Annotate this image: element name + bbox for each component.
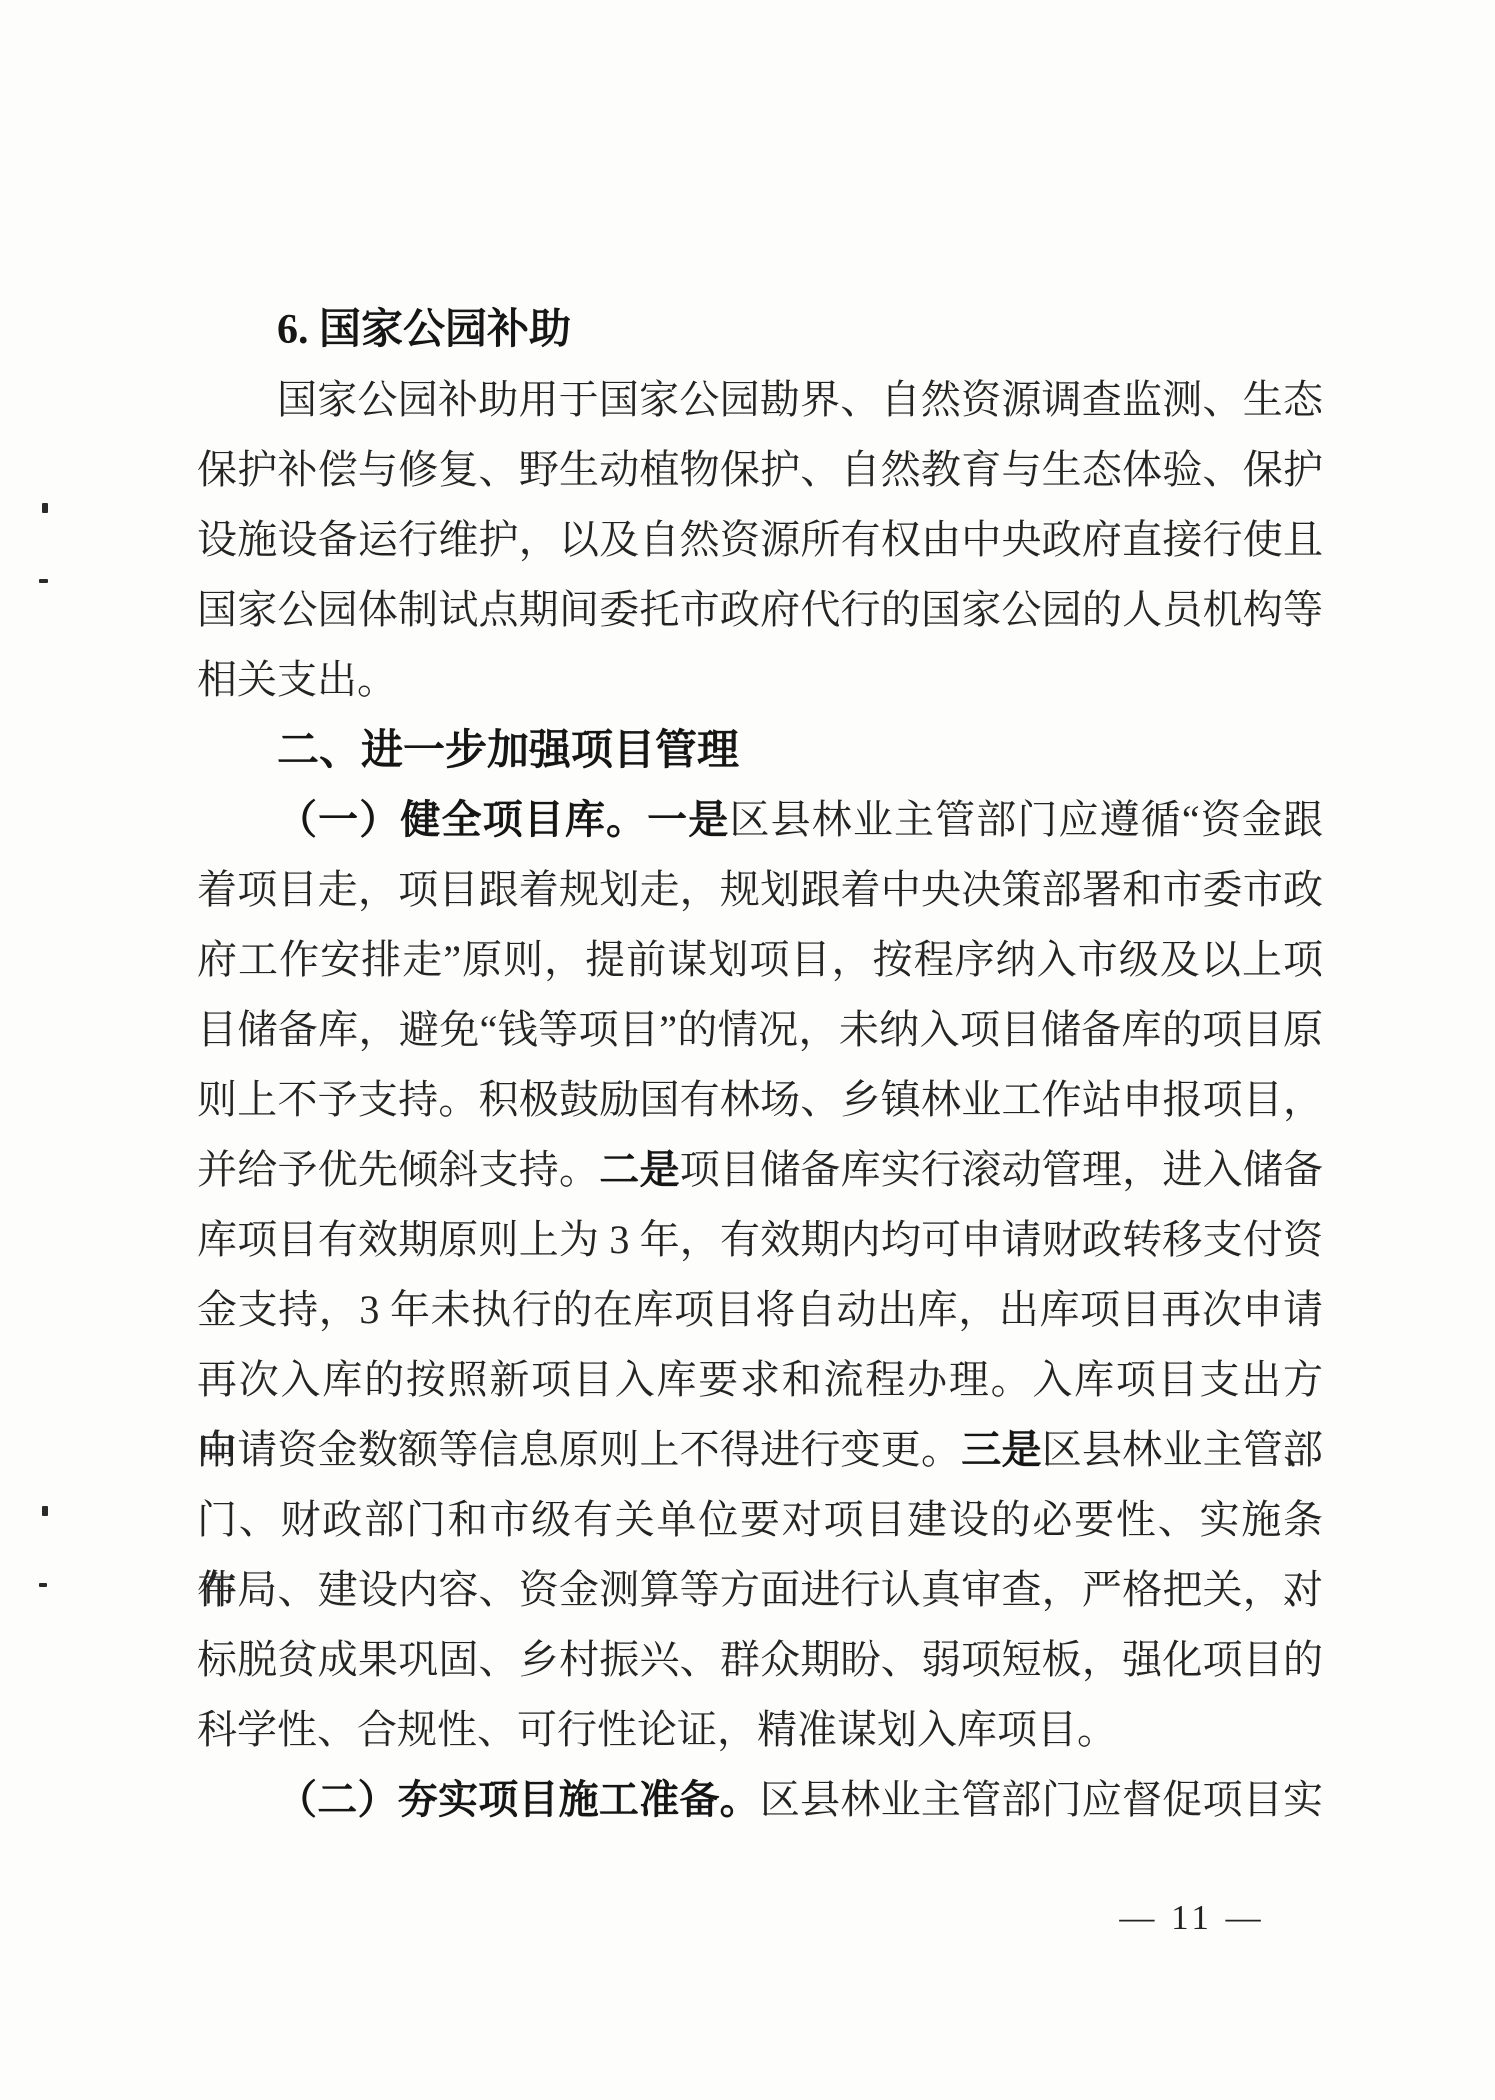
text-line: 则上不予支持。积极鼓励国有林场、乡镇林业工作站申报项目， — [197, 1065, 1323, 1135]
text-segment: 库项目有效期原则上为 3 年，有效期内均可申请财政转移支付资 — [197, 1217, 1323, 1262]
text-segment: 项目储备库实行滚动管理，进入储备 — [680, 1147, 1323, 1192]
text-line: 金支持，3 年未执行的在库项目将自动出库，出库项目再次申请 — [197, 1275, 1323, 1345]
text-segment: 目储备库，避免“钱等项目”的情况，未纳入项目储备库的项目原 — [197, 1007, 1323, 1052]
text-segment: 6. 国家公园补助 — [277, 307, 571, 353]
text-segment: 则上不予支持。积极鼓励国有林场、乡镇林业工作站申报项目， — [197, 1077, 1323, 1122]
text-line: （二）夯实项目施工准备。区县林业主管部门应督促项目实 — [197, 1765, 1323, 1835]
text-segment: 国家公园补助用于国家公园勘界、自然资源调查监测、生态 — [277, 377, 1323, 422]
text-segment: 二是 — [599, 1147, 679, 1192]
text-segment: 金支持，3 年未执行的在库项目将自动出库，出库项目再次申请 — [197, 1287, 1323, 1332]
text-line: 府工作安排走”原则，提前谋划项目，按程序纳入市级及以上项 — [197, 925, 1323, 995]
text-segment: 保护补偿与修复、野生动植物保护、自然教育与生态体验、保护 — [197, 447, 1323, 492]
text-segment: 标脱贫成果巩固、乡村振兴、群众期盼、弱项短板，强化项目的 — [197, 1637, 1323, 1682]
text-segment: 区县林业主管部 — [1042, 1427, 1323, 1472]
text-line: 门、财政部门和市级有关单位要对项目建设的必要性、实施条件、 — [197, 1485, 1323, 1555]
text-line: 相关支出。 — [197, 645, 1323, 715]
text-segment: 布局、建设内容、资金测算等方面进行认真审查，严格把关，对 — [197, 1567, 1323, 1612]
text-line: 布局、建设内容、资金测算等方面进行认真审查，严格把关，对 — [197, 1555, 1323, 1625]
text-line: 保护补偿与修复、野生动植物保护、自然教育与生态体验、保护 — [197, 435, 1323, 505]
text-segment: 区县林业主管部门应督促项目实 — [760, 1777, 1323, 1822]
text-line: 标脱贫成果巩固、乡村振兴、群众期盼、弱项短板，强化项目的 — [197, 1625, 1323, 1695]
document-page: 6. 国家公园补助国家公园补助用于国家公园勘界、自然资源调查监测、生态保护补偿与… — [0, 0, 1495, 2100]
text-line: 国家公园体制试点期间委托市政府代行的国家公园的人员机构等 — [197, 575, 1323, 645]
text-line: 并给予优先倾斜支持。二是项目储备库实行滚动管理，进入储备 — [197, 1135, 1323, 1205]
text-segment: 三是 — [961, 1427, 1041, 1472]
text-segment: 设施设备运行维护，以及自然资源所有权由中央政府直接行使且 — [197, 517, 1323, 562]
section-heading-level2: 二、进一步加强项目管理 — [197, 715, 1323, 785]
text-line: 申请资金数额等信息原则上不得进行变更。三是区县林业主管部 — [197, 1415, 1323, 1485]
text-line: 再次入库的按照新项目入库要求和流程办理。入库项目支出方向、 — [197, 1345, 1323, 1415]
page-number: — 11 — — [1087, 1893, 1297, 1943]
scan-artifact-dot — [42, 1506, 48, 1516]
scan-artifact-dash — [39, 1583, 47, 1587]
text-line: （一）健全项目库。一是区县林业主管部门应遵循“资金跟 — [197, 785, 1323, 855]
text-line: 科学性、合规性、可行性论证，精准谋划入库项目。 — [197, 1695, 1323, 1765]
text-segment: 着项目走，项目跟着规划走，规划跟着中央决策部署和市委市政 — [197, 867, 1323, 912]
text-segment: 并给予优先倾斜支持。 — [197, 1147, 599, 1192]
text-segment: 二、进一步加强项目管理 — [277, 726, 739, 773]
section-heading-level3: 6. 国家公园补助 — [197, 295, 1323, 365]
text-segment: 申请资金数额等信息原则上不得进行变更。 — [197, 1427, 961, 1472]
text-segment: 区县林业主管部门应遵循“资金跟 — [729, 797, 1323, 842]
text-line: 目储备库，避免“钱等项目”的情况，未纳入项目储备库的项目原 — [197, 995, 1323, 1065]
scan-artifact-dash — [39, 579, 48, 583]
text-segment: 国家公园体制试点期间委托市政府代行的国家公园的人员机构等 — [197, 587, 1323, 632]
text-segment: （二）夯实项目施工准备。 — [277, 1777, 760, 1822]
text-segment: 一是 — [647, 797, 729, 842]
text-line: 着项目走，项目跟着规划走，规划跟着中央决策部署和市委市政 — [197, 855, 1323, 925]
text-segment: 府工作安排走”原则，提前谋划项目，按程序纳入市级及以上项 — [197, 937, 1323, 982]
text-line: 库项目有效期原则上为 3 年，有效期内均可申请财政转移支付资 — [197, 1205, 1323, 1275]
text-line: 国家公园补助用于国家公园勘界、自然资源调查监测、生态 — [197, 365, 1323, 435]
text-segment: 相关支出。 — [197, 657, 397, 702]
text-segment: 科学性、合规性、可行性论证，精准谋划入库项目。 — [197, 1707, 1117, 1752]
scan-artifact-dot — [42, 503, 48, 513]
text-line: 设施设备运行维护，以及自然资源所有权由中央政府直接行使且 — [197, 505, 1323, 575]
text-segment: （一）健全项目库。 — [277, 797, 647, 842]
document-body: 6. 国家公园补助国家公园补助用于国家公园勘界、自然资源调查监测、生态保护补偿与… — [197, 295, 1323, 1835]
